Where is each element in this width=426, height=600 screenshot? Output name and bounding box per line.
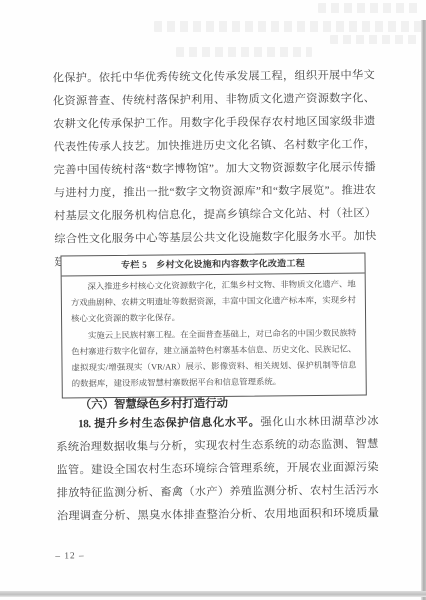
text-line: 化资源普查、传统村落保护利用、非物质文化遗产资源数字化、 [53, 87, 375, 113]
page-number: – 12 – [55, 551, 84, 561]
text-line: 村基层文化服务机构信息化，提高乡镇综合文化站、村（社区） [54, 202, 376, 228]
scanned-document-page: 化保护。依托中华优秀传统文化传承发展工程，组织开展中华文 化资源普查、传统村落保… [0, 0, 426, 600]
box-body: 深入推进乡村核心文化资源数字化，汇集乡村文物、非物质文化遗产、地 方戏曲剧种、农… [62, 274, 366, 398]
text-line: 与进村力度，推出一批“数字文物资源库”和“数字展览”。推进农 [54, 179, 376, 205]
text-line: 农耕文化传承保护工作。用数字化手段保存农村地区国家级非遗 [53, 110, 375, 136]
text-line: 18. 提升乡村生态保护信息化水平。强化山水林田湖草沙冰 [56, 410, 378, 436]
paragraph-rural-culture: 化保护。依托中华优秀传统文化传承发展工程，组织开展中华文 化资源普查、传统村落保… [53, 64, 377, 274]
scan-edge-right [421, 20, 426, 600]
text-line: 治理调查分析、黑臭水体排查整治分析、农用地面积和环境质量 [57, 502, 379, 528]
text-line: 排放特征监测分析、畜禽（水产）养殖监测分析、农村生活污水 [57, 479, 379, 505]
text-line: 虚拟现实/增强现实（VR/AR）展示、影像资料、相关规划、保护机制等信息 [71, 358, 356, 377]
text-line: 监管。建设全国农村生态环境综合管理系统，开展农业面源污染 [56, 456, 378, 482]
scan-edge-bottom [0, 591, 426, 597]
paragraph-item-18: 18. 提升乡村生态保护信息化水平。强化山水林田湖草沙冰 系统治理数据收集与分析… [56, 410, 379, 528]
page-content: 化保护。依托中华优秀传统文化传承发展工程，组织开展中华文 化资源普查、传统村落保… [0, 0, 426, 600]
text-line: 系统治理数据收集与分析，实现农村生态系统的动态监测、智慧 [56, 433, 378, 459]
text-line: 方戏曲剧种、农耕文明遗址等数据资源，丰富中国文化遗产标本库，实现乡村 [71, 293, 356, 312]
item-18-line1-rest: 强化山水林田湖草沙冰 [260, 415, 378, 428]
text-line: 的数据库，建设形成智慧村寨数据平台和信息管理系统。 [72, 374, 357, 393]
text-line: 代表性传承人技艺。加快推进历史文化名镇、名村数字化工作， [53, 133, 375, 159]
text-line: 完善中国传统村落“数字博物馆”。加大文物资源数字化展示传播 [54, 156, 376, 182]
item-18-bold-lead: 18. 提升乡村生态保护信息化水平。 [78, 417, 260, 431]
column5-project-box: 专栏 5 乡村文化设施和内容数字化改造工程 深入推进乡村核心文化资源数字化，汇集… [60, 253, 366, 399]
text-line: 化保护。依托中华优秀传统文化传承发展工程，组织开展中华文 [53, 64, 375, 90]
text-line: 综合性文化服务中心等基层公共文化设施数字化服务水平。加快 [54, 225, 376, 251]
